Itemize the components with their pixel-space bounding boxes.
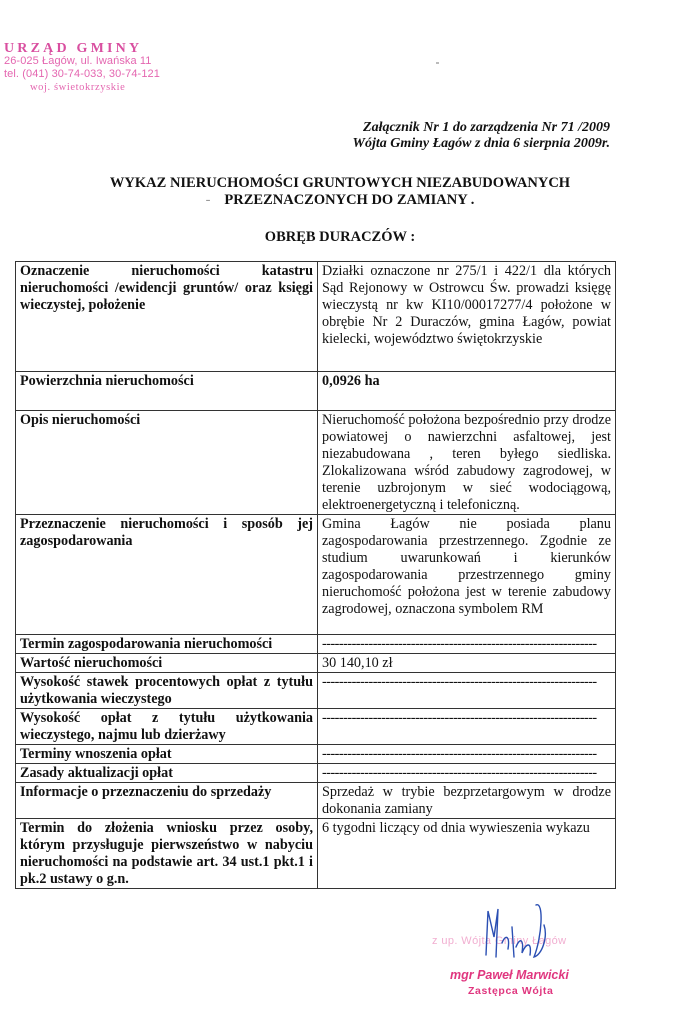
row-value-area: 0,0926 ha [318,372,616,411]
table-row: Termin do złożenia wniosku przez osoby, … [16,819,616,889]
row-value-fee-rates: ----------------------------------------… [322,674,611,691]
title-line-2-text: PRZEZNACZONYCH DO ZAMIANY . [224,192,474,208]
row-label-area: Powierzchnia nieruchomości [16,372,318,411]
table-row: Przeznaczenie nieruchomości i sposób jej… [16,515,616,635]
row-label-payment-dates: Terminy wnoszenia opłat [16,745,318,764]
row-label-application-deadline: Termin do złożenia wniosku przez osoby, … [16,819,318,889]
precinct-heading: OBRĘB DURACZÓW : [30,229,650,246]
annex-line-1: Załącznik Nr 1 do zarządzenia Nr 71 /200… [270,120,610,136]
row-value-description: Nieruchomość położona bezpośrednio przy … [318,411,616,515]
property-table: Oznaczenie nieruchomości katastru nieruc… [15,261,616,889]
row-value-update-rules: ----------------------------------------… [322,765,611,782]
table-row: Wysokość stawek procentowych opłat z tyt… [16,673,616,709]
row-value-designation: Działki oznaczone nr 275/1 i 422/1 dla k… [318,262,616,372]
table-row: Opis nieruchomości Nieruchomość położona… [16,411,616,515]
document-title-line-2: -PRZEZNACZONYCH DO ZAMIANY . [30,192,650,209]
stamp-voivodeship: woj. świetokrzyskie [4,81,184,94]
table-row: Termin zagospodarowania nieruchomości --… [16,635,616,654]
row-label-fee-rates: Wysokość stawek procentowych opłat z tyt… [16,673,318,709]
row-value-sale-info: Sprzedaż w trybie bezprzetargowym w drod… [318,783,616,819]
table-row: Informacje o przeznaczeniu do sprzedaży … [16,783,616,819]
title-dash: - [206,192,211,208]
row-label-fees: Wysokość opłat z tytułu użytkowania wiec… [16,709,318,745]
row-label-description: Opis nieruchomości [16,411,318,515]
table-row: Wysokość opłat z tytułu użytkowania wiec… [16,709,616,745]
row-label-sale-info: Informacje o przeznaczeniu do sprzedaży [16,783,318,819]
signature-block: z up. Wójta Gminy Łagów mgr Paweł Marwic… [420,895,620,1015]
stamp-phone: tel. (041) 30-74-033, 30-74-121 [4,68,184,81]
stamp-address: 26-025 Łagów, ul. Iwańska 11 [4,55,184,68]
stamp-title: URZĄD GMINY [4,42,184,55]
table-row: Powierzchnia nieruchomości 0,0926 ha [16,372,616,411]
document-title-line-1: WYKAZ NIERUCHOMOŚCI GRUNTOWYCH NIEZABUDO… [30,175,650,192]
row-value-fees: ----------------------------------------… [322,710,611,727]
signatory-role: Zastępca Wójta [468,985,553,997]
row-label-designation: Oznaczenie nieruchomości katastru nieruc… [16,262,318,372]
row-label-purpose: Przeznaczenie nieruchomości i sposób jej… [16,515,318,635]
row-value-development-deadline: ----------------------------------------… [322,636,611,653]
annex-line-2: Wójta Gminy Łagów z dnia 6 sierpnia 2009… [270,136,610,152]
row-value-payment-dates: ----------------------------------------… [322,746,611,763]
table-row: Zasady aktualizacji opłat --------------… [16,764,616,783]
row-label-update-rules: Zasady aktualizacji opłat [16,764,318,783]
table-row: Oznaczenie nieruchomości katastru nieruc… [16,262,616,372]
municipality-stamp: URZĄD GMINY 26-025 Łagów, ul. Iwańska 11… [4,42,184,94]
annex-reference: Załącznik Nr 1 do zarządzenia Nr 71 /200… [270,120,610,152]
table-row: Wartość nieruchomości 30 140,10 zł [16,654,616,673]
signatory-name: mgr Paweł Marwicki [450,968,569,982]
row-value-value: 30 140,10 zł [318,654,616,673]
row-label-value: Wartość nieruchomości [16,654,318,673]
scan-speck [436,62,439,64]
row-label-development-deadline: Termin zagospodarowania nieruchomości [16,635,318,654]
handwritten-signature-icon [472,897,572,967]
row-value-purpose: Gmina Łagów nie posiada planu zagospodar… [318,515,616,635]
row-value-application-deadline: 6 tygodni liczący od dnia wywieszenia wy… [318,819,616,889]
table-row: Terminy wnoszenia opłat ----------------… [16,745,616,764]
